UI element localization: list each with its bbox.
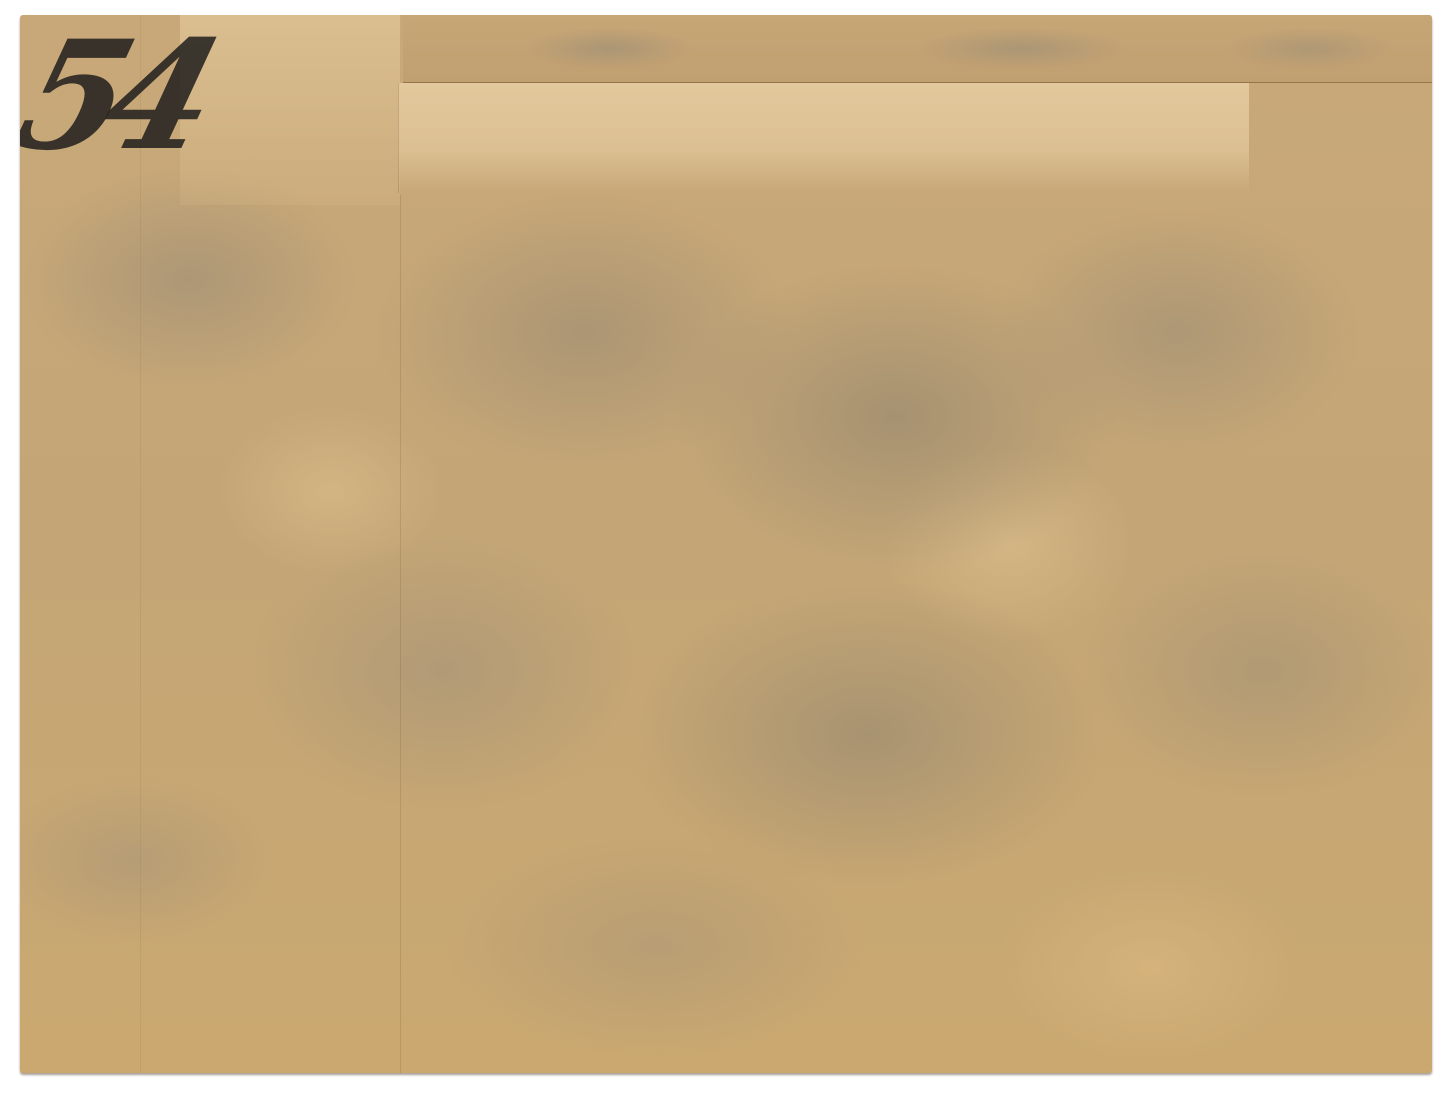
photo-scene: 54 bbox=[0, 0, 1452, 1097]
pale-worn-area bbox=[180, 15, 400, 205]
aged-paper-card: 54 bbox=[20, 15, 1432, 1073]
top-paper-strip bbox=[403, 15, 1432, 83]
vertical-crease bbox=[400, 195, 401, 1073]
pale-label-remnant bbox=[398, 83, 1249, 193]
